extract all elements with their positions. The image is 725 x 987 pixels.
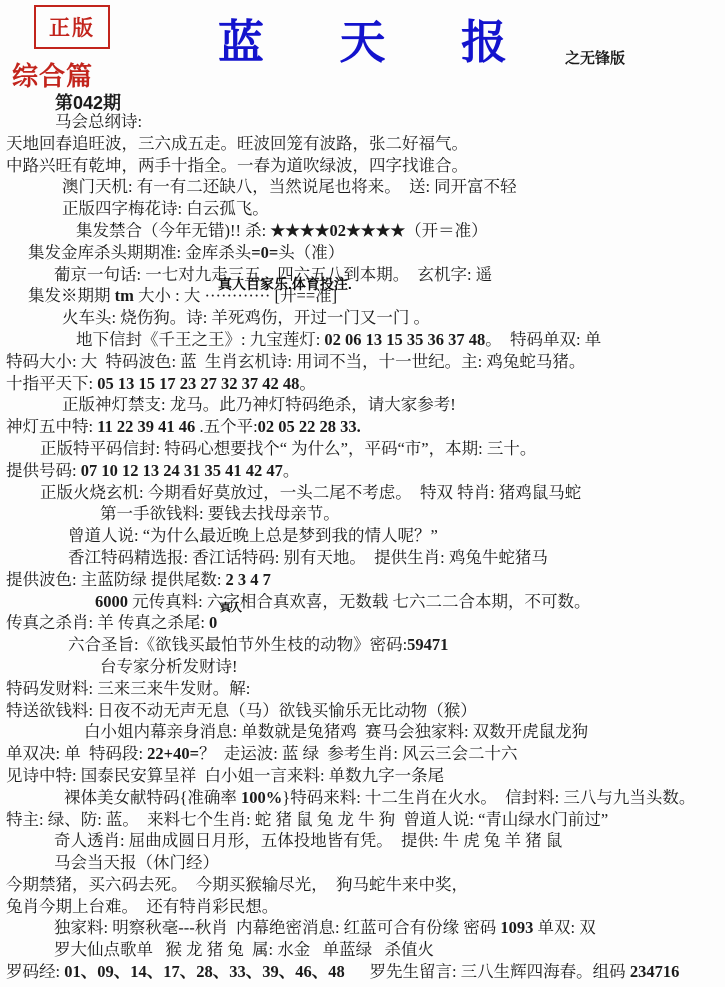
text-line: 特码发财料: 三来三来牛发财。解: xyxy=(0,678,725,700)
overlay-ad-text: 真人 xyxy=(220,603,242,614)
text-line: 今期禁猪，买六码去死。 今期买猴输尽光， 狗马蛇牛来中奖， xyxy=(0,874,725,896)
text-line: 6000 元传真料: 六字相合真欢喜，无数载 七六二二合本期，不可数。 xyxy=(0,591,725,613)
overlay-ad-text: 真人百家乐.体育投注. xyxy=(218,277,352,291)
section-title: 综合篇 xyxy=(12,56,93,93)
text-line: 见诗中特: 国泰民安算呈祥 白小姐一言来料: 单数九字一条尾 xyxy=(0,765,725,787)
text-line: 六合圣旨:《欲钱买最怕节外生枝的动物》密码:59471 xyxy=(0,634,725,656)
text-line: 罗码经: 01、09、14、17、28、33、39、46、48 罗先生留言: 三… xyxy=(0,961,725,983)
text-line: 罗大仙点歌单 猴 龙 猪 兔 属: 水金 单蓝绿 杀值火 xyxy=(0,939,725,961)
text-line: 台专家分析发财诗! xyxy=(0,656,725,678)
text-line: 澳门天机: 有一有二还缺八，当然说尾也将来。 送: 同开富不轻 xyxy=(0,176,725,198)
text-line: 白小姐内幕亲身消息: 单数就是兔猪鸡 赛马会独家料: 双数开虎鼠龙狗 xyxy=(0,721,725,743)
text-line: 第一手欲钱料: 要钱去找母亲节。 xyxy=(0,503,725,525)
edition-label: 之无锋版 xyxy=(565,47,625,68)
text-line: 单双决: 单 特码段: 22+40=？ 走运波: 蓝 绿 参考生肖: 风云三会二… xyxy=(0,743,725,765)
text-line: 中路兴旺有乾坤，两手十指全。一春为道吹绿波，四字找谁合。 xyxy=(0,155,725,177)
text-line: 特送欲钱料: 日夜不动无声无息（马）欲钱买愉乐无比动物（猴） xyxy=(0,700,725,722)
text-line: 提供号码: 07 10 12 13 24 31 35 41 42 47。 xyxy=(0,460,725,482)
text-line: 兔肖今期上台难。 还有特肖彩民想。 xyxy=(0,896,725,918)
text-line: 葡京一句话: 一七对九走三五，四六五八到本期。 玄机字: 遥 xyxy=(0,264,725,286)
text-line: 传真之杀肖: 羊 传真之杀尾: 0 xyxy=(0,612,725,634)
text-line: 特码大小: 大 特码波色: 蓝 生肖玄机诗: 用词不当，十一世纪。主: 鸡兔蛇马… xyxy=(0,351,725,373)
text-line: 火车头: 烧伤狗。诗: 羊死鸡伤，开过一门又一门 。 xyxy=(0,307,725,329)
text-line: 奇人透肖: 屈曲成圆日月形，五体投地皆有凭。 提供: 牛 虎 兔 羊 猪 鼠 xyxy=(0,830,725,852)
text-line: 神灯五中特: 11 22 39 41 46 .五个平:02 05 22 28 3… xyxy=(0,416,725,438)
text-line: 集发※期期 tm 大小 : 大 ············ [开==准] xyxy=(0,285,725,307)
text-line: 正版四字梅花诗: 白云孤飞。 xyxy=(0,198,725,220)
text-line: 特主: 绿、防: 蓝。 来料七个生肖: 蛇 猪 鼠 兔 龙 牛 狗 曾道人说: … xyxy=(0,809,725,831)
text-line: 马会总纲诗: xyxy=(0,111,725,133)
text-line: 集发禁合（今年无错)!! 杀: ★★★★02★★★★（开＝准） xyxy=(0,220,725,242)
text-line: 提供波色: 主蓝防绿 提供尾数: 2 3 4 7 xyxy=(0,569,725,591)
text-line: 裸体美女献特码{准确率 100%}特码来料: 十二生肖在火水。 信封料: 三八与… xyxy=(0,787,725,809)
body-lines: 马会总纲诗:天地回春追旺波，三六成五走。旺波回笼有波路，张二好福气。中路兴旺有乾… xyxy=(0,111,725,983)
text-line: 正版神灯禁支: 龙马。此乃神灯特码绝杀，请大家参考! xyxy=(0,394,725,416)
text-line: 香江特码精选报: 香江话特码: 别有天地。 提供生肖: 鸡兔牛蛇猪马 xyxy=(0,547,725,569)
text-line: 十指平天下: 05 13 15 17 23 27 32 37 42 48。 xyxy=(0,373,725,395)
text-line: 地下信封《千王之王》: 九宝莲灯: 02 06 13 15 35 36 37 4… xyxy=(0,329,725,351)
text-line: 马会当天报（休门经） xyxy=(0,852,725,874)
text-line: 正版火烧玄机: 今期看好莫放过，一头二尾不考虑。 特双 特肖: 猪鸡鼠马蛇 xyxy=(0,482,725,504)
newspaper-page: 正版 蓝 天 报 之无锋版 综合篇 第042期 马会总纲诗:天地回春追旺波，三六… xyxy=(0,0,725,987)
text-line: 天地回春追旺波，三六成五走。旺波回笼有波路，张二好福气。 xyxy=(0,133,725,155)
text-line: 曾道人说: “为什么最近晚上总是梦到我的情人呢？” xyxy=(0,525,725,547)
text-line: 正版特平码信封: 特码心想要找个“ 为什么”，平码“市”，本期: 三十。 xyxy=(0,438,725,460)
text-line: 集发金库杀头期期准: 金库杀头=0=头（准） xyxy=(0,242,725,264)
text-line: 独家料: 明察秋毫---秋肖 内幕绝密消息: 红蓝可合有份缘 密码 1093 单… xyxy=(0,917,725,939)
